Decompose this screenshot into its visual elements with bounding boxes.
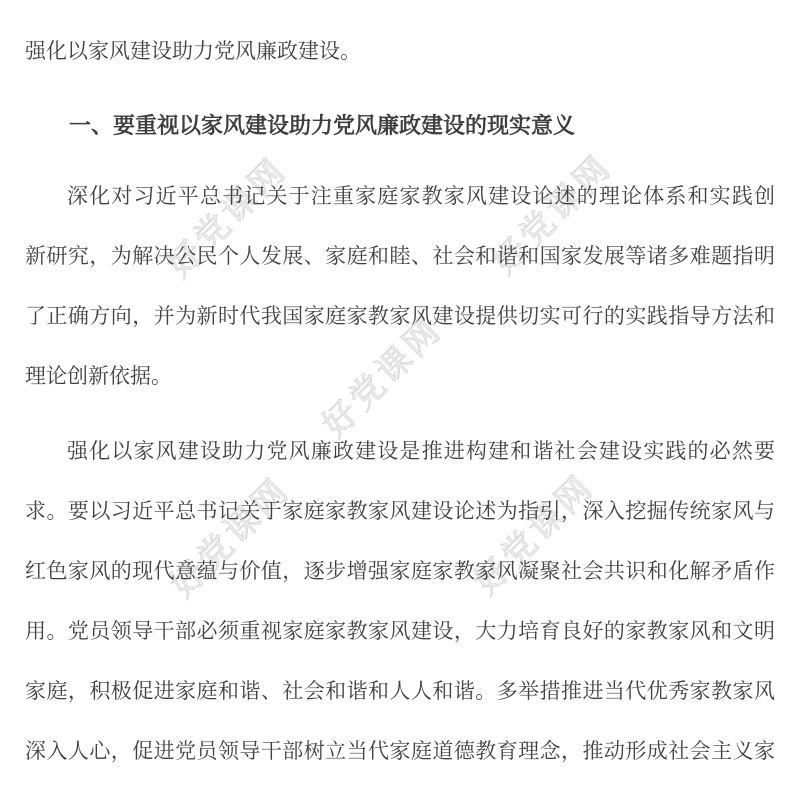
section-heading: 一、要重视以家风建设助力党风廉政建设的现实意义 [25,96,775,156]
document-page: 好党课网 好党课网 好党课网 好党课网 好党课网 坚持把家风建设融入党员干部日常… [0,0,800,800]
paragraph-continued-from-previous-page: 坚持把家风建设融入党员干部日常教育管理监督之中引导广大党员领导干部 强化以家风建… [25,0,775,82]
text-line: 强化以家风建设助力党风廉政建设。 [25,22,775,82]
text-line: 深入人心，促进党员领导干部树立当代家庭道德教育理念，推动形成社会主义家 [25,722,775,782]
paragraph-3: 强化以家风建设助力党风廉政建设是推进构建和谐社会建设实践的必然要 求。要以习近平… [25,422,775,782]
text-line: 了正确方向，并为新时代我国家庭家教家风建设提供切实可行的实践指导方法和 [25,287,775,347]
paragraph-2: 深化对习近平总书记关于注重家庭家教家风建设论述的理论体系和实践创 新研究，为解决… [25,167,775,407]
clipped-text-line: 坚持把家风建设融入党员干部日常教育管理监督之中引导广大党员领导干部 [25,0,775,22]
text-line: 用。党员领导干部必须重视家庭家教家风建设，大力培育良好的家教家风和文明 [25,602,775,662]
text-line: 家庭，积极促进家庭和谐、社会和谐和人人和谐。多举措推进当代优秀家教家风 [25,662,775,722]
document-content: 坚持把家风建设融入党员干部日常教育管理监督之中引导广大党员领导干部 强化以家风建… [25,0,775,782]
text-line: 强化以家风建设助力党风廉政建设是推进构建和谐社会建设实践的必然要 [25,422,775,482]
text-line: 新研究，为解决公民个人发展、家庭和睦、社会和谐和国家发展等诸多难题指明 [25,227,775,287]
text-line: 深化对习近平总书记关于注重家庭家教家风建设论述的理论体系和实践创 [25,167,775,227]
text-line: 红色家风的现代意蕴与价值，逐步增强家庭家教家风凝聚社会共识和化解矛盾作 [25,542,775,602]
text-line: 求。要以习近平总书记关于家庭家教家风建设论述为指引，深入挖掘传统家风与 [25,482,775,542]
text-line: 理论创新依据。 [25,347,775,407]
